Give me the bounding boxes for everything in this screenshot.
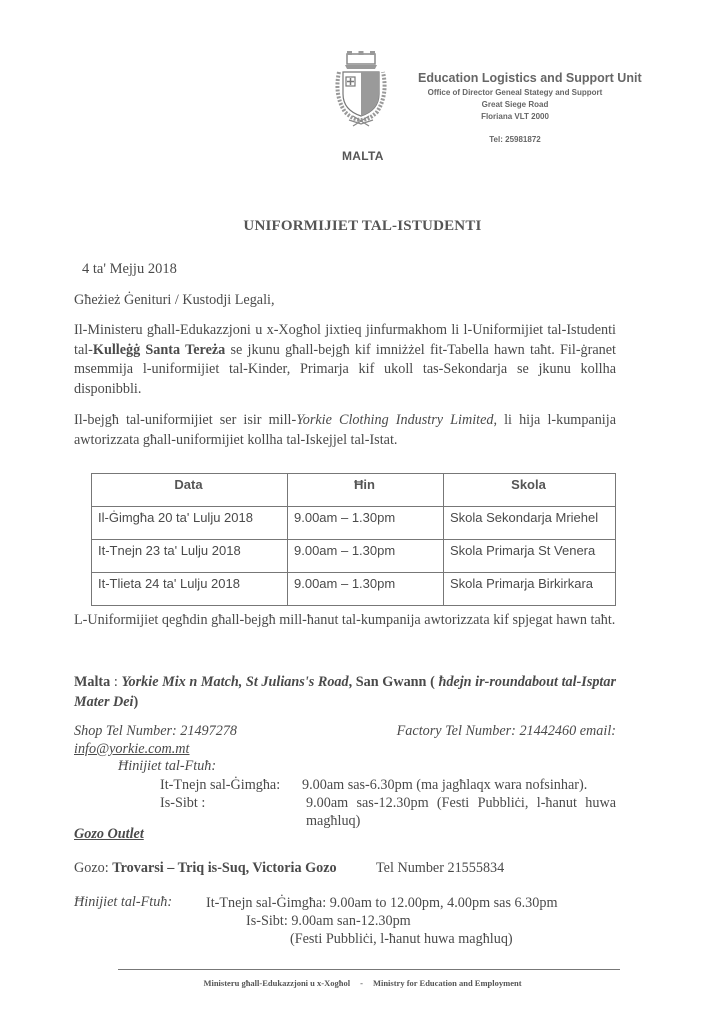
country-label: MALTA — [342, 149, 384, 163]
malta-label: Malta — [74, 674, 110, 690]
gozo-tel: Tel Number 21555834 — [376, 860, 504, 877]
email-link[interactable]: info@yorkie.com.mt — [74, 741, 190, 757]
letterhead-tel: Tel: 25981872 — [470, 135, 560, 144]
college-name: Kulleġġ Santa Tereża — [93, 342, 225, 358]
table-row: It-Tlieta 24 ta' Lulju 2018 9.00am – 1.3… — [92, 573, 616, 606]
footer-ministry-en: Ministry for Education and Employment — [373, 978, 522, 988]
table-row: It-Tnejn 23 ta' Lulju 2018 9.00am – 1.30… — [92, 540, 616, 573]
paragraph-shop-intro: L-Uniformijiet qegħdin għall-bejgħ mill-… — [74, 611, 616, 631]
malta-hours-weekday: It-Tnejn sal-Ġimgħa: — [160, 776, 280, 794]
malta-shop-address: Malta : Yorkie Mix n Match, St Julians's… — [74, 673, 616, 712]
footer-divider — [118, 969, 620, 970]
header-school: Skola — [444, 474, 616, 507]
malta-contact: Shop Tel Number: 21497278 Factory Tel Nu… — [74, 722, 616, 758]
sales-schedule-table: Data Ħin Skola Il-Ġimgħa 20 ta' Lulju 20… — [91, 473, 616, 606]
cell-date: It-Tnejn 23 ta' Lulju 2018 — [92, 540, 288, 573]
cell-school: Skola Sekondarja Mriehel — [444, 507, 616, 540]
header-time: Ħin — [288, 474, 444, 507]
cell-date: Il-Ġimgħa 20 ta' Lulju 2018 — [92, 507, 288, 540]
gozo-address: Gozo: Trovarsi – Triq is-Suq, Victoria G… — [74, 860, 337, 877]
table-header-row: Data Ħin Skola — [92, 474, 616, 507]
cell-date: It-Tlieta 24 ta' Lulju 2018 — [92, 573, 288, 606]
footer-separator: - — [360, 978, 363, 988]
footer-ministry-mt: Ministeru għall-Edukazzjoni u x-Xogħol — [203, 978, 350, 988]
cell-school: Skola Primarja St Venera — [444, 540, 616, 573]
paren-close: ) — [134, 694, 139, 710]
paragraph-supplier-text: Il-bejgħ tal-uniformijiet ser isir mill- — [74, 412, 296, 428]
paren-open: ( — [426, 674, 438, 690]
paragraph-supplier: Il-bejgħ tal-uniformijiet ser isir mill-… — [74, 411, 616, 450]
header-date: Data — [92, 474, 288, 507]
shop-tel: Shop Tel Number: 21497278 — [74, 722, 237, 740]
cell-time: 9.00am – 1.30pm — [288, 540, 444, 573]
gozo-label: Gozo: — [74, 860, 112, 876]
malta-hours-label: Ħinijiet tal-Ftuħ: — [118, 758, 216, 775]
cell-time: 9.00am – 1.30pm — [288, 507, 444, 540]
table-row: Il-Ġimgħa 20 ta' Lulju 2018 9.00am – 1.3… — [92, 507, 616, 540]
factory-tel: Factory Tel Number: 21442460 email: — [397, 722, 616, 740]
malta-hours-weekday-time: 9.00am sas-6.30pm (ma jagħlaqx wara nofs… — [302, 776, 587, 794]
document-title: UNIFORMIJIET TAL-ISTUDENTI — [0, 218, 725, 235]
gozo-hours-note: (Festi Pubbliċi, l-ħanut huwa magħluq) — [290, 930, 513, 948]
salutation: Għeżież Ġenituri / Kustodji Legali, — [74, 291, 616, 311]
shop-locality: , San Gwann — [349, 674, 427, 690]
malta-coat-of-arms-icon — [333, 50, 389, 128]
malta-hours-saturday: Is-Sibt : — [160, 794, 205, 812]
gozo-hours-saturday: Is-Sibt: 9.00am san-12.30pm — [246, 912, 411, 930]
gozo-hours-weekday: It-Tnejn sal-Ġimgħa: 9.00am to 12.00pm, … — [206, 894, 558, 912]
separator: : — [110, 674, 121, 690]
gozo-hours-label: Ħinijiet tal-Ftuħ: — [74, 894, 172, 911]
office-name: Office of Director Geneal Stategy and Su… — [425, 88, 605, 97]
cell-school: Skola Primarja Birkirkara — [444, 573, 616, 606]
cell-time: 9.00am – 1.30pm — [288, 573, 444, 606]
document-date: 4 ta' Mejju 2018 — [82, 261, 177, 278]
footer: Ministeru għall-Edukazzjoni u x-Xogħol-M… — [0, 978, 725, 988]
city-address: Floriana VLT 2000 — [470, 112, 560, 121]
unit-name: Education Logistics and Support Unit — [418, 71, 642, 85]
supplier-name: Yorkie Clothing Industry Limited — [296, 412, 493, 428]
shop-name: Yorkie Mix n Match, St Julians's Road — [121, 674, 348, 690]
gozo-outlet-heading: Gozo Outlet — [74, 826, 144, 843]
street-address: Great Siege Road — [470, 100, 560, 109]
gozo-shop-address: Trovarsi – Triq is-Suq, Victoria Gozo — [112, 860, 336, 876]
paragraph-intro: Il-Ministeru għall-Edukazzjoni u x-Xogħo… — [74, 321, 616, 399]
malta-hours-saturday-time: 9.00am sas-12.30pm (Festi Pubbliċi, l-ħa… — [306, 794, 616, 830]
